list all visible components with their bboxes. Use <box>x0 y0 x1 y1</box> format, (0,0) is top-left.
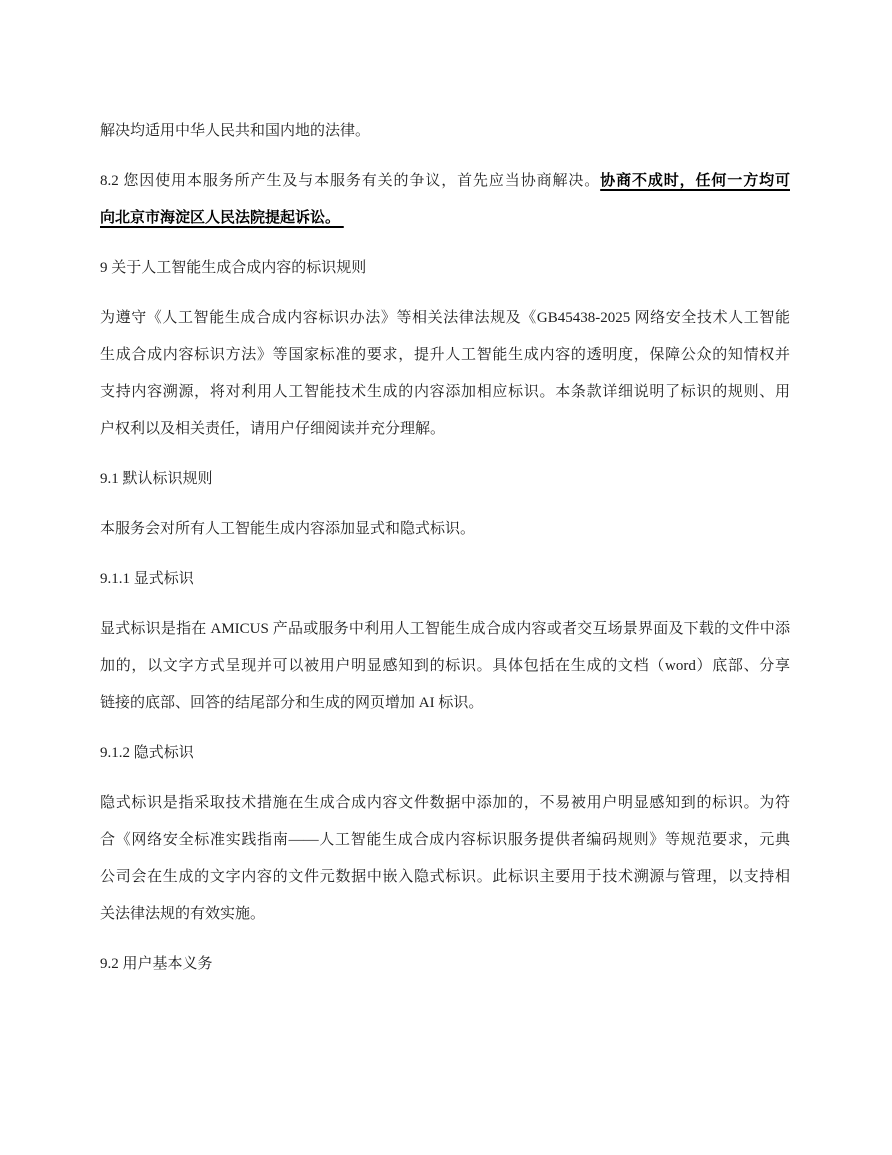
text-line: 合《网络安全标准实践指南——人工智能生成合成内容标识服务提供者编码规则》等规范要… <box>100 822 790 859</box>
text-line: 显式标识是指在 AMICUS 产品或服务中利用人工智能生成合成内容或者交互场景界… <box>100 611 790 648</box>
text-line: 8.2 您因使用本服务所产生及与本服务有关的争议，首先应当协商解决。协商不成时，… <box>100 163 790 200</box>
body-text: 户权利以及相关责任，请用户仔细阅读并充分理解。 <box>100 421 445 437</box>
body-text: 支持内容溯源，将对利用人工智能技术生成的内容添加相应标识。本条款详细说明了标识的… <box>100 384 790 400</box>
heading-9-1-1: 9.1.1 显式标识 <box>100 561 790 598</box>
heading-9: 9 关于人工智能生成合成内容的标识规则 <box>100 250 790 287</box>
body-text: 9.2 用户基本义务 <box>100 956 213 972</box>
text-line: 支持内容溯源，将对利用人工智能技术生成的内容添加相应标识。本条款详细说明了标识的… <box>100 374 790 411</box>
document-body: 解决均适用中华人民共和国内地的法律。8.2 您因使用本服务所产生及与本服务有关的… <box>100 113 790 983</box>
body-text: 隐式标识是指采取技术措施在生成合成内容文件数据中添加的，不易被用户明显感知到的标… <box>100 795 790 811</box>
text-line: 向北京市海淀区人民法院提起诉讼。 <box>100 200 790 237</box>
body-text: 生成合成内容标识方法》等国家标准的要求，提升人工智能生成内容的透明度，保障公众的… <box>100 347 790 363</box>
body-text: 加的，以文字方式呈现并可以被用户明显感知到的标识。具体包括在生成的文档（word… <box>100 658 790 674</box>
body-text: 9.1.2 隐式标识 <box>100 745 194 761</box>
body-text: 显式标识是指在 AMICUS 产品或服务中利用人工智能生成合成内容或者交互场景界… <box>100 621 790 637</box>
text-line: 9.1.2 隐式标识 <box>100 735 790 772</box>
text-line: 9.2 用户基本义务 <box>100 946 790 983</box>
heading-9-1: 9.1 默认标识规则 <box>100 461 790 498</box>
text-line: 隐式标识是指采取技术措施在生成合成内容文件数据中添加的，不易被用户明显感知到的标… <box>100 785 790 822</box>
clause-9-1-2-body: 隐式标识是指采取技术措施在生成合成内容文件数据中添加的，不易被用户明显感知到的标… <box>100 785 790 933</box>
clause-9-intro: 为遵守《人工智能生成合成内容标识办法》等相关法律法规及《GB45438-2025… <box>100 300 790 448</box>
body-text: 9.1 默认标识规则 <box>100 471 213 487</box>
text-line: 公司会在生成的文字内容的文件元数据中嵌入隐式标识。此标识主要用于技术溯源与管理，… <box>100 859 790 896</box>
text-line: 加的，以文字方式呈现并可以被用户明显感知到的标识。具体包括在生成的文档（word… <box>100 648 790 685</box>
clause-9-1-1-body: 显式标识是指在 AMICUS 产品或服务中利用人工智能生成合成内容或者交互场景界… <box>100 611 790 722</box>
text-line: 生成合成内容标识方法》等国家标准的要求，提升人工智能生成内容的透明度，保障公众的… <box>100 337 790 374</box>
body-text: 链接的底部、回答的结尾部分和生成的网页增加 AI 标识。 <box>100 695 483 711</box>
text-line: 解决均适用中华人民共和国内地的法律。 <box>100 113 790 150</box>
text-line: 9.1.1 显式标识 <box>100 561 790 598</box>
text-line: 9 关于人工智能生成合成内容的标识规则 <box>100 250 790 287</box>
body-text: 9 关于人工智能生成合成内容的标识规则 <box>100 260 366 276</box>
emphasized-legal-text: 向北京市海淀区人民法院提起诉讼。 <box>100 210 344 226</box>
heading-9-2: 9.2 用户基本义务 <box>100 946 790 983</box>
heading-9-1-2: 9.1.2 隐式标识 <box>100 735 790 772</box>
clause-8-2: 8.2 您因使用本服务所产生及与本服务有关的争议，首先应当协商解决。协商不成时，… <box>100 163 790 237</box>
body-text: 公司会在生成的文字内容的文件元数据中嵌入隐式标识。此标识主要用于技术溯源与管理，… <box>100 869 790 885</box>
body-text: 本服务会对所有人工智能生成内容添加显式和隐式标识。 <box>100 521 475 537</box>
body-text: 关法律法规的有效实施。 <box>100 906 265 922</box>
body-text: 为遵守《人工智能生成合成内容标识办法》等相关法律法规及《GB45438-2025… <box>100 310 790 326</box>
text-line: 关法律法规的有效实施。 <box>100 896 790 933</box>
body-text: 合《网络安全标准实践指南——人工智能生成合成内容标识服务提供者编码规则》等规范要… <box>100 832 790 848</box>
clause-8-1-tail: 解决均适用中华人民共和国内地的法律。 <box>100 113 790 150</box>
text-line: 本服务会对所有人工智能生成内容添加显式和隐式标识。 <box>100 511 790 548</box>
clause-9-1-body: 本服务会对所有人工智能生成内容添加显式和隐式标识。 <box>100 511 790 548</box>
emphasized-legal-text: 协商不成时，任何一方均可 <box>600 173 790 189</box>
body-text: 解决均适用中华人民共和国内地的法律。 <box>100 123 370 139</box>
document-page: { "colors": { "page_background": "#fffff… <box>0 0 892 1155</box>
text-line: 9.1 默认标识规则 <box>100 461 790 498</box>
body-text: 9.1.1 显式标识 <box>100 571 194 587</box>
text-line: 为遵守《人工智能生成合成内容标识办法》等相关法律法规及《GB45438-2025… <box>100 300 790 337</box>
text-line: 链接的底部、回答的结尾部分和生成的网页增加 AI 标识。 <box>100 685 790 722</box>
text-line: 户权利以及相关责任，请用户仔细阅读并充分理解。 <box>100 411 790 448</box>
body-text: 8.2 您因使用本服务所产生及与本服务有关的争议，首先应当协商解决。 <box>100 173 600 189</box>
